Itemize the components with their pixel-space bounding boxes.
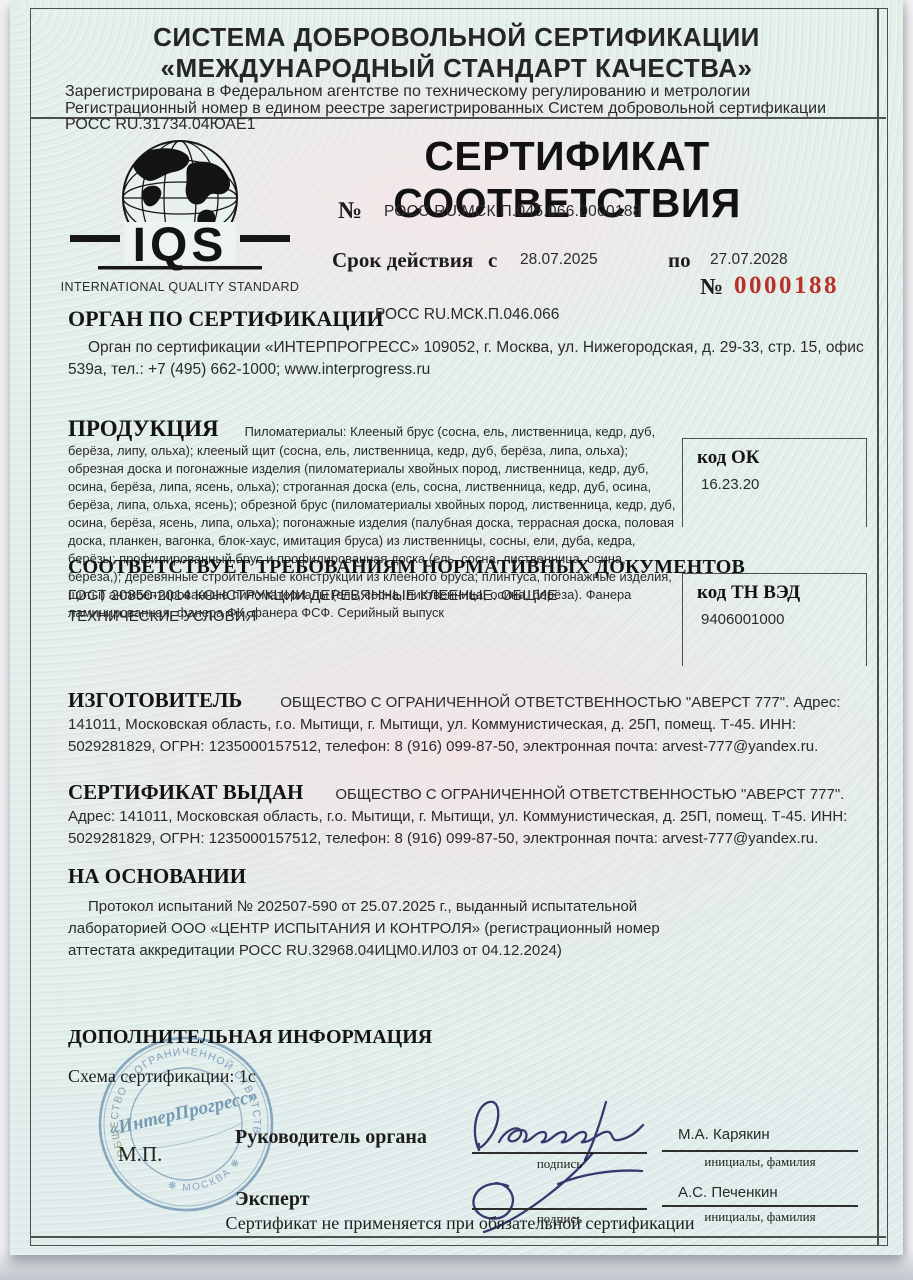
registration-text: Зарегистрирована в Федеральном агентстве… [65, 84, 855, 134]
system-name-line1: СИСТЕМА ДОБРОВОЛЬНОЙ СЕРТИФИКАЦИИ [10, 22, 903, 53]
validity-to-label: по [668, 248, 691, 273]
compliance-text: ГОСТ 20850-2014 КОНСТРУКЦИИ ДЕРЕВЯННЫЕ К… [68, 585, 648, 627]
footer-note: Сертификат не применяется при обязательн… [140, 1213, 780, 1234]
organ-section-title: ОРГАН ПО СЕРТИФИКАЦИИ [68, 306, 384, 332]
iqs-abbr: IQS [133, 219, 228, 272]
head-name-line [662, 1150, 858, 1152]
validity-to-date: 27.07.2028 [710, 251, 788, 269]
tnved-code-box: код ТН ВЭД 9406001000 [682, 573, 867, 666]
organ-text: Орган по сертификации «ИНТЕРПРОГРЕСС» 10… [68, 337, 880, 381]
production-section-title: ПРОДУКЦИЯ [68, 416, 219, 441]
ok-code-value: 16.23.20 [701, 476, 866, 493]
iqs-logo: IQS INTERNATIONAL QUALITY STANDARD [58, 134, 302, 294]
issued-to-section-title: СЕРТИФИКАТ ВЫДАН [68, 780, 303, 804]
expert-signature-line [472, 1208, 647, 1210]
validity-from-label: с [488, 248, 497, 273]
ok-code-box: код ОК 16.23.20 [682, 438, 867, 527]
expert-name-line [662, 1205, 858, 1207]
iqs-globe-icon: IQS [58, 134, 302, 279]
manufacturer-section: ИЗГОТОВИТЕЛЬОБЩЕСТВО С ОГРАНИЧЕННОЙ ОТВЕ… [68, 688, 876, 758]
serial-number-label: № [700, 274, 723, 300]
organ-code: РОСС RU.МСК.П.046.066 [375, 306, 559, 324]
certificate-screenshot: { "system": { "line1": "СИСТЕМА ДОБРОВОЛ… [0, 0, 913, 1280]
basis-text: Протокол испытаний № 202507-590 от 25.07… [68, 896, 708, 962]
compliance-section-title: СООТВЕТСТВУЕТ ТРЕБОВАНИЯМ НОРМАТИВНЫХ ДО… [68, 556, 745, 579]
head-role-label: Руководитель органа [235, 1126, 427, 1149]
validity-from-date: 28.07.2025 [520, 251, 598, 269]
certificate-page: СИСТЕМА ДОБРОВОЛЬНОЙ СЕРТИФИКАЦИИ «МЕЖДУ… [10, 0, 903, 1255]
serial-number-value: 0000188 [734, 272, 839, 300]
iqs-caption: INTERNATIONAL QUALITY STANDARD [58, 280, 302, 294]
system-name-line2: «МЕЖДУНАРОДНЫЙ СТАНДАРТ КАЧЕСТВА» [10, 53, 903, 84]
basis-section-title: НА ОСНОВАНИИ [68, 864, 246, 889]
expert-role-label: Эксперт [235, 1188, 310, 1211]
frame-inner-right-line [877, 8, 879, 1245]
manufacturer-section-title: ИЗГОТОВИТЕЛЬ [68, 688, 242, 712]
tnved-code-label: код ТН ВЭД [697, 582, 866, 604]
head-name-caption: инициалы, фамилия [662, 1154, 858, 1170]
tnved-code-value: 9406001000 [701, 611, 866, 628]
certificate-number-label: № [338, 198, 362, 225]
expert-name: А.С. Печенкин [678, 1184, 778, 1201]
certificate-number-value: РОСС RU.МСК.П.045.066.0000188 [384, 203, 642, 221]
mp-label: М.П. [118, 1142, 162, 1167]
validity-label: Срок действия [332, 248, 473, 273]
frame-inner-bottom-line [30, 1236, 886, 1238]
issued-to-section: СЕРТИФИКАТ ВЫДАНОБЩЕСТВО С ОГРАНИЧЕННОЙ … [68, 780, 876, 850]
head-name: М.А. Карякин [678, 1126, 770, 1143]
ok-code-label: код ОК [697, 447, 866, 469]
